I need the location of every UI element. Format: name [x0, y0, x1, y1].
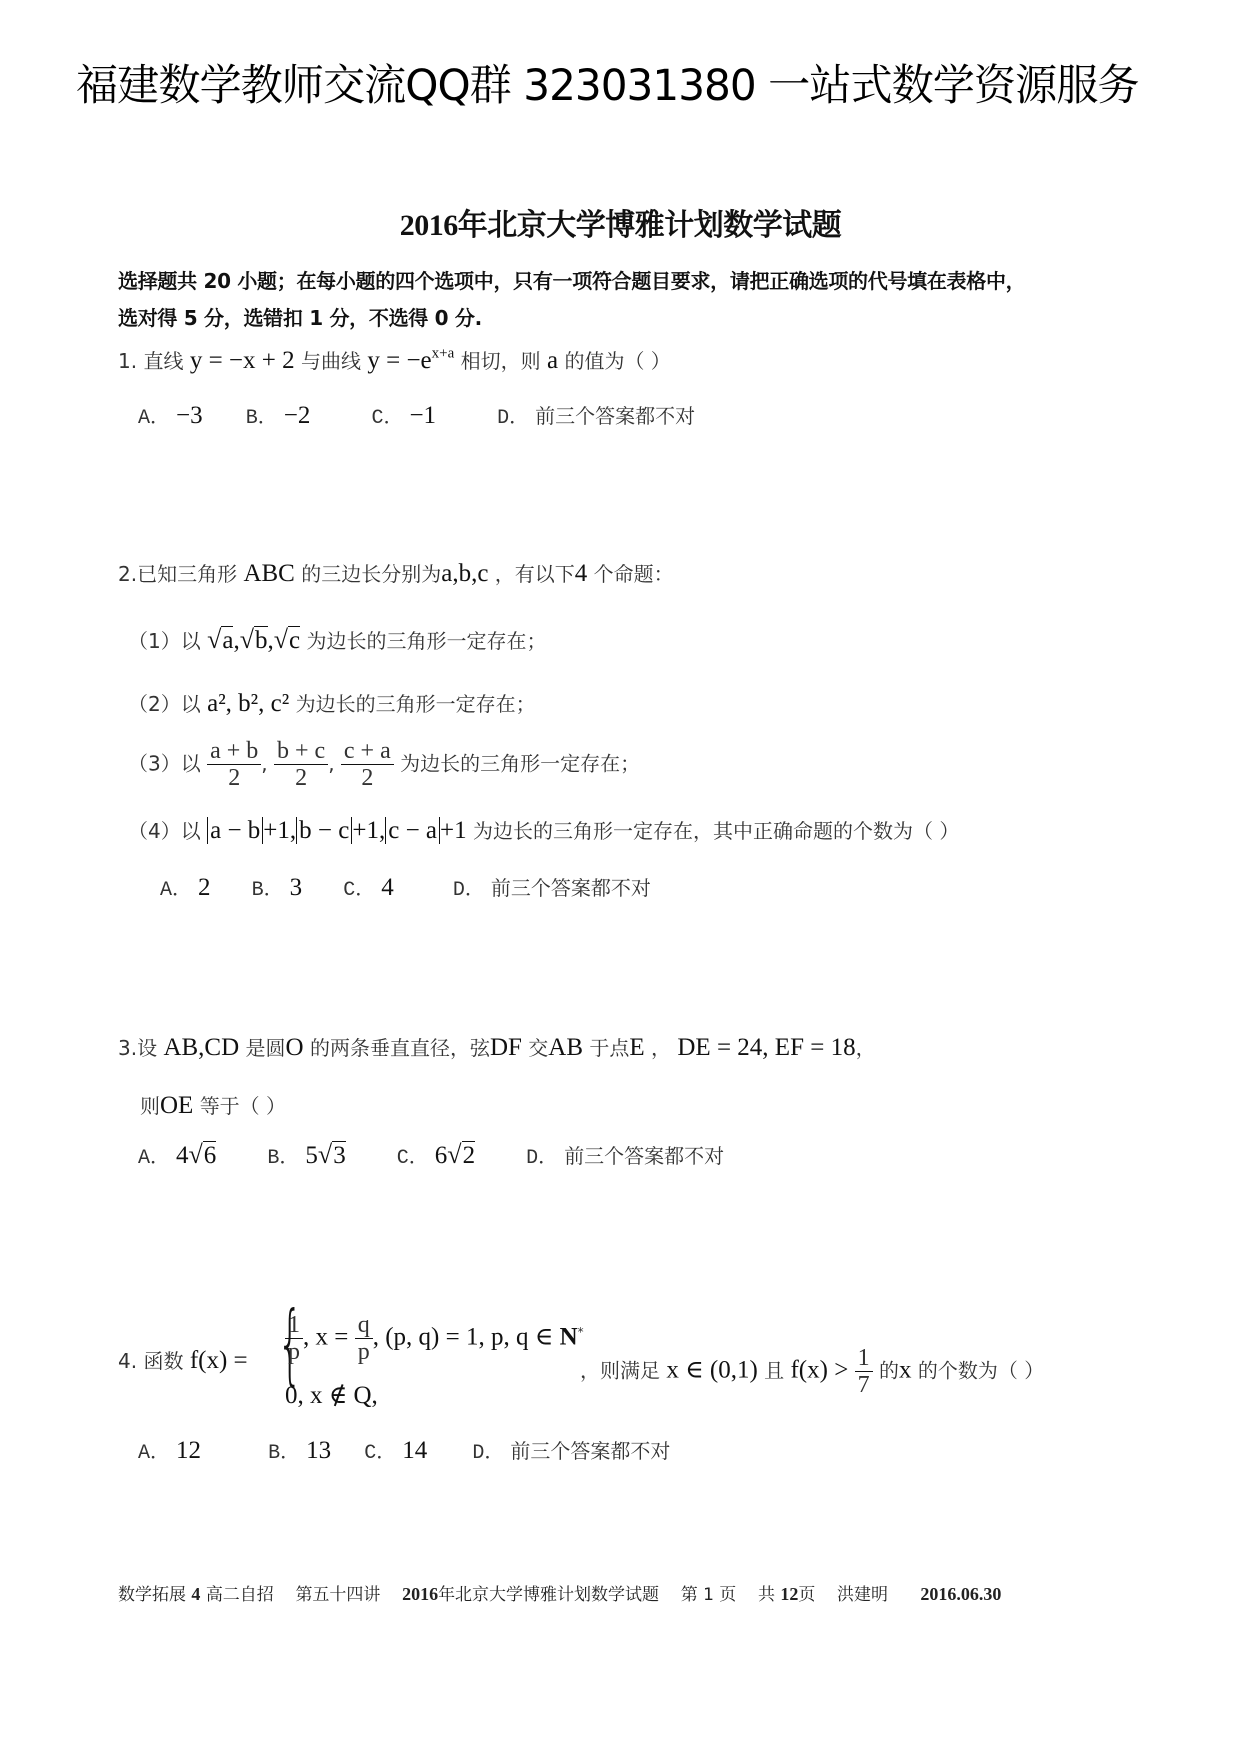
question-4-label: 4. 函数 f(x) =: [118, 1345, 248, 1375]
piecewise-case-2: 0, x ∉ Q,: [285, 1380, 378, 1410]
piecewise-case-1: 1p, x = qp, (p, q) = 1, p, q ∈ N*: [285, 1312, 584, 1366]
date: 2016.06.30: [920, 1584, 1001, 1604]
question-number: 1.: [118, 349, 137, 373]
question-3-line-2: 则OE 等于（ ）: [140, 1090, 286, 1120]
option-c[interactable]: C．−1: [371, 408, 436, 427]
option-b[interactable]: B．13: [268, 1443, 331, 1462]
instructions-line-1: 选择题共 20 小题；在每小题的四个选项中，只有一项符合题目要求，请把正确选项的…: [118, 265, 1025, 294]
question-2-options: A．2 B．3 C．4 D．前三个答案都不对: [160, 872, 651, 902]
option-d[interactable]: D．前三个答案都不对: [526, 1148, 724, 1167]
question-1: 1. 直线 y = −x + 2 与曲线 y = −ex+a 相切，则 a 的值…: [118, 345, 671, 375]
option-b[interactable]: B．3: [252, 880, 303, 899]
statement-2: （2）以 a², b², c² 为边长的三角形一定存在；: [128, 688, 536, 718]
question-2: 2.已知三角形 ABC 的三边长分别为a,b,c ，有以下4 个命题：: [118, 558, 674, 588]
page-footer: 数学拓展 4 高二自招 第五十四讲 2016年北京大学博雅计划数学试题 第 1 …: [118, 1580, 1001, 1605]
statement-4: （4）以 a − b+1,b − c+1,c − a+1 为边长的三角形一定存在…: [128, 815, 959, 845]
instructions-line-2: 选对得 5 分，选错扣 1 分，不选得 0 分.: [118, 302, 482, 331]
option-d[interactable]: D．前三个答案都不对: [497, 408, 695, 427]
option-a[interactable]: A．4√6: [138, 1148, 216, 1167]
page-title: 2016年北京大学博雅计划数学试题: [0, 200, 1241, 244]
question-4-tail: ，则满足 x ∈ (0,1) 且 f(x) > 17 的x 的个数为（ ）: [580, 1345, 1044, 1399]
option-c[interactable]: C．6√2: [397, 1148, 475, 1167]
option-b[interactable]: B．−2: [246, 408, 311, 427]
question-3-options: A．4√6 B．5√3 C．6√2 D．前三个答案都不对: [138, 1140, 724, 1170]
statement-1: （1）以 √a,√b,√c 为边长的三角形一定存在；: [128, 625, 547, 655]
option-d[interactable]: D．前三个答案都不对: [453, 880, 651, 899]
option-a[interactable]: A．12: [138, 1443, 201, 1462]
author: 洪建明: [837, 1585, 888, 1605]
question-4-options: A．12 B．13 C．14 D．前三个答案都不对: [138, 1435, 670, 1465]
option-a[interactable]: A．−3: [138, 408, 203, 427]
statement-3: （3）以 a + b2, b + c2, c + a2 为边长的三角形一定存在；: [128, 738, 640, 792]
option-c[interactable]: C．14: [364, 1443, 427, 1462]
watermark-banner: 福建数学教师交流QQ群 323031380 一站式数学资源服务: [76, 52, 1139, 113]
option-d[interactable]: D．前三个答案都不对: [472, 1443, 670, 1462]
question-1-options: A．−3 B．−2 C．−1 D．前三个答案都不对: [138, 400, 695, 430]
page-number: 第 1 页: [681, 1585, 737, 1605]
option-b[interactable]: B．5√3: [267, 1148, 345, 1167]
option-a[interactable]: A．2: [160, 880, 211, 899]
question-3: 3.设 AB,CD 是圆O 的两条垂直直径，弦DF 交AB 于点E ， DE =…: [118, 1032, 876, 1062]
option-c[interactable]: C．4: [343, 880, 394, 899]
